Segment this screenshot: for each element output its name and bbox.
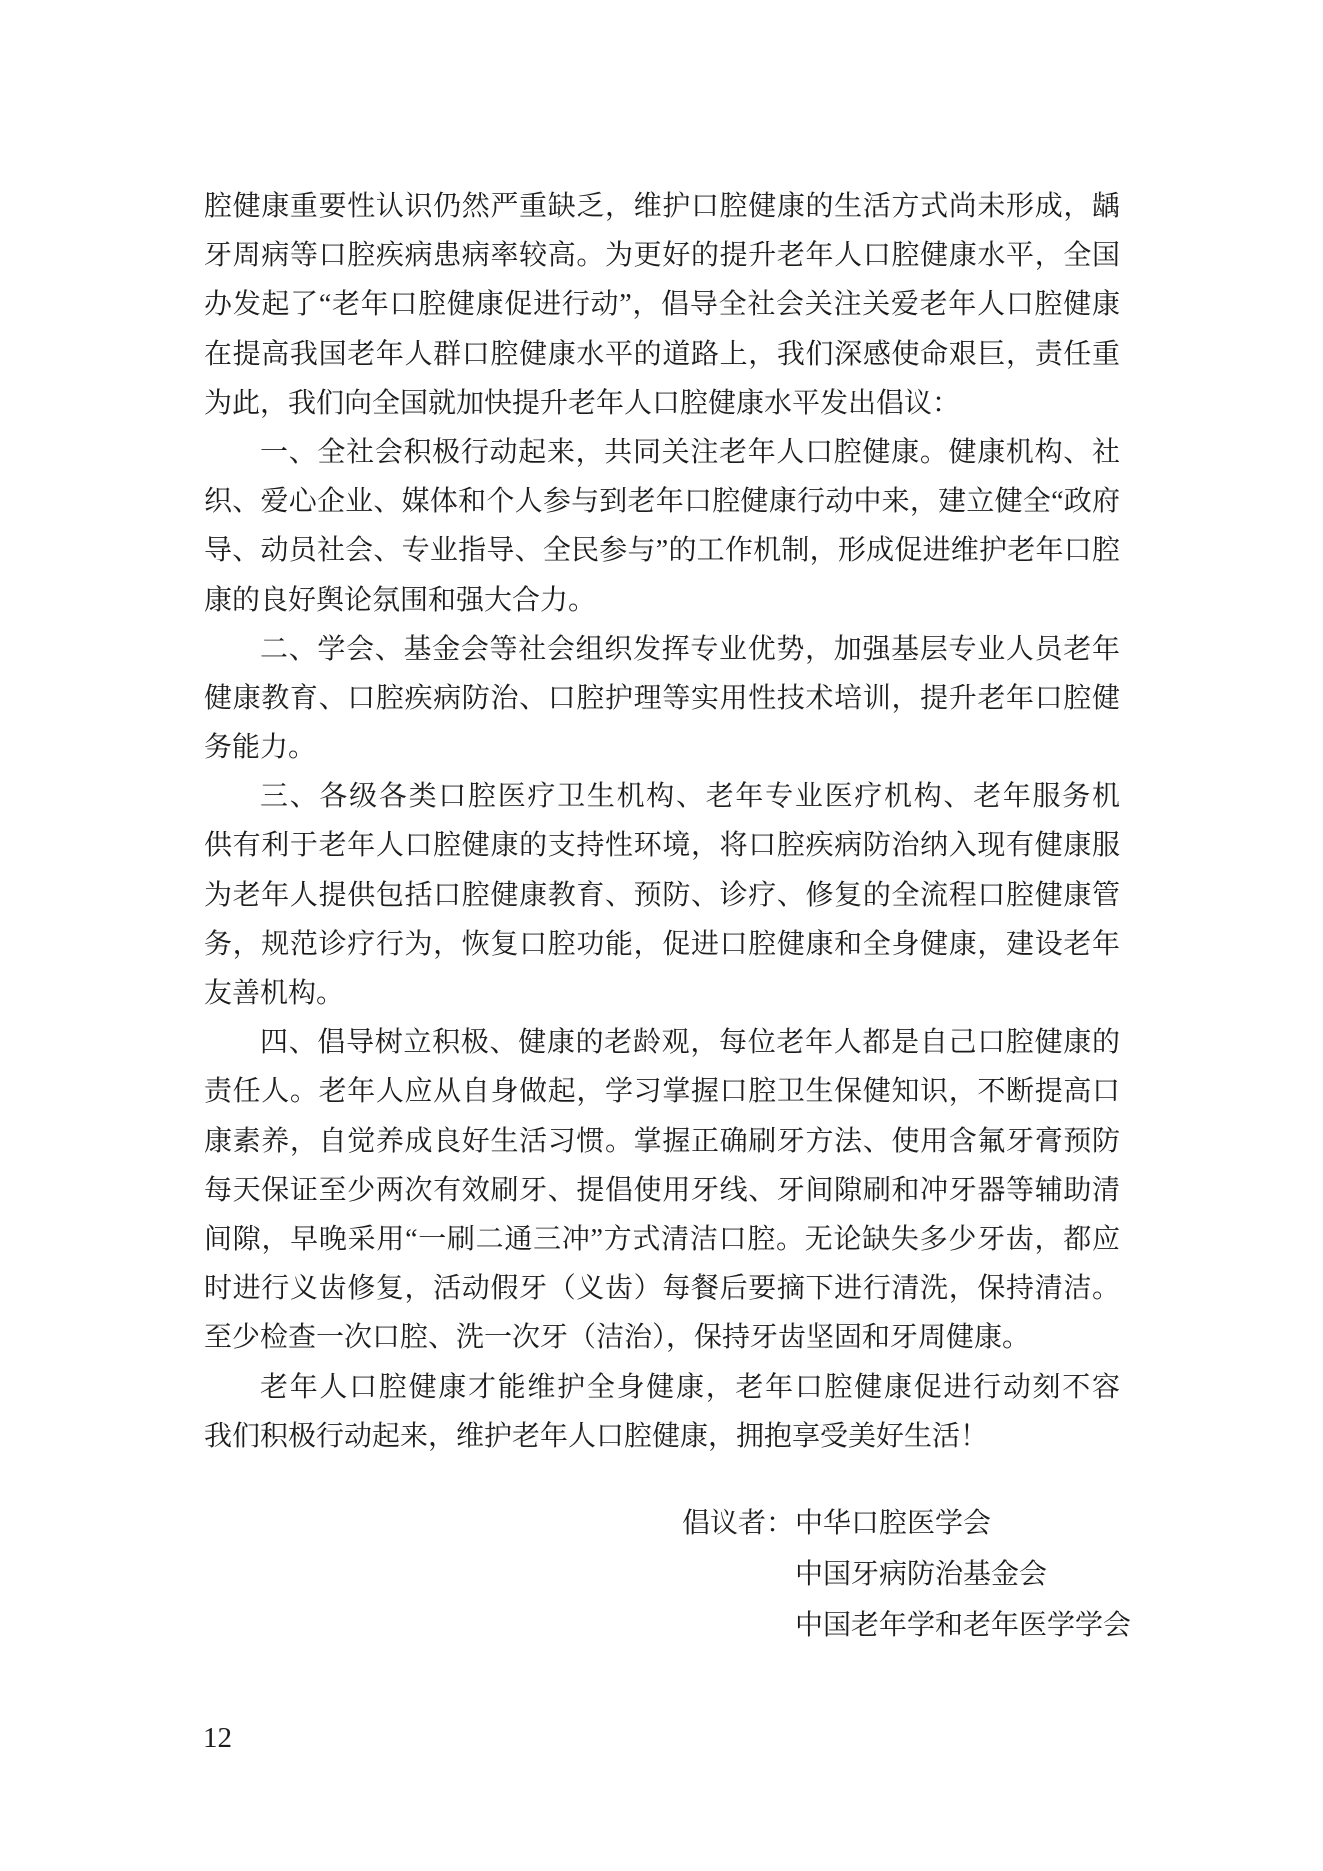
body-line: 为此，我们向全国就加快提升老年人口腔健康水平发出倡议： xyxy=(204,379,1120,428)
signature-block: 倡议者：中华口腔医学会 中国牙病防治基金会 中国老年学和老年医学学会 xyxy=(682,1498,1131,1651)
body-line: 友善机构。 xyxy=(204,969,1120,1018)
page-number: 12 xyxy=(203,1718,232,1758)
body-line: 为老年人提供包括口腔健康教育、预防、诊疗、修复的全流程口腔健康管理服 xyxy=(204,871,1120,920)
body-line: 康的良好舆论氛围和强大合力。 xyxy=(204,576,1120,625)
body-line: 办发起了“老年口腔健康促进行动”，倡导全社会关注关爱老年人口腔健康问题。 xyxy=(204,280,1120,329)
organization-name: 中国牙病防治基金会 xyxy=(795,1559,1047,1590)
body-line: 供有利于老年人口腔健康的支持性环境，将口腔疾病防治纳入现有健康服务， xyxy=(204,821,1120,870)
body-line: 务，规范诊疗行为，恢复口腔功能，促进口腔健康和全身健康，建设老年口腔 xyxy=(204,920,1120,969)
document-page: 腔健康重要性认识仍然严重缺乏，维护口腔健康的生活方式尚未形成，龋病、 牙周病等口… xyxy=(0,0,1323,1871)
body-line: 我们积极行动起来，维护老年人口腔健康，拥抱享受美好生活！ xyxy=(204,1412,1120,1461)
signature-line: 倡议者：中华口腔医学会 xyxy=(682,1498,1131,1549)
body-line: 老年人口腔健康才能维护全身健康，老年口腔健康促进行动刻不容缓！让 xyxy=(204,1363,1120,1412)
body-line: 织、爱心企业、媒体和个人参与到老年口腔健康行动中来，建立健全“政府主 xyxy=(204,477,1120,526)
body-line: 健康教育、口腔疾病防治、口腔护理等实用性技术培训，提升老年口腔健康服 xyxy=(204,674,1120,723)
signature-line: 中国老年学和老年医学学会 xyxy=(682,1600,1131,1651)
body-line: 间隙，早晚采用“一刷二通三冲”方式清洁口腔。无论缺失多少牙齿，都应及 xyxy=(204,1215,1120,1264)
proposer-label: 倡议者： xyxy=(682,1498,795,1549)
body-line: 导、动员社会、专业指导、全民参与”的工作机制，形成促进维护老年口腔健 xyxy=(204,526,1120,575)
body-line: 腔健康重要性认识仍然严重缺乏，维护口腔健康的生活方式尚未形成，龋病、 xyxy=(204,182,1120,231)
body-line: 在提高我国老年人群口腔健康水平的道路上，我们深感使命艰巨，责任重大。 xyxy=(204,330,1120,379)
body-line: 时进行义齿修复，活动假牙（义齿）每餐后要摘下进行清洗，保持清洁。每年 xyxy=(204,1264,1120,1313)
organization-name: 中华口腔医学会 xyxy=(795,1508,991,1539)
signature-line: 中国牙病防治基金会 xyxy=(682,1549,1131,1600)
body-line: 一、全社会积极行动起来，共同关注老年人口腔健康。健康机构、社会组 xyxy=(204,428,1120,477)
body-line: 二、学会、基金会等社会组织发挥专业优势，加强基层专业人员老年口腔 xyxy=(204,625,1120,674)
body-line: 责任人。老年人应从自身做起，学习掌握口腔卫生保健知识，不断提高口腔健 xyxy=(204,1067,1120,1116)
body-line: 至少检查一次口腔、洗一次牙（洁治），保持牙齿坚固和牙周健康。 xyxy=(204,1313,1120,1362)
body-line: 每天保证至少两次有效刷牙、提倡使用牙线、牙间隙刷和冲牙器等辅助清洁牙 xyxy=(204,1166,1120,1215)
body-line: 四、倡导树立积极、健康的老龄观，每位老年人都是自己口腔健康的第一 xyxy=(204,1018,1120,1067)
body-line: 务能力。 xyxy=(204,723,1120,772)
body-line: 康素养，自觉养成良好生活习惯。掌握正确刷牙方法、使用含氟牙膏预防龋齿。 xyxy=(204,1117,1120,1166)
body-line: 三、各级各类口腔医疗卫生机构、老年专业医疗机构、老年服务机构，提 xyxy=(204,772,1120,821)
body-line: 牙周病等口腔疾病患病率较高。为更好的提升老年人口腔健康水平，全国老龄 xyxy=(204,231,1120,280)
organization-name: 中国老年学和老年医学学会 xyxy=(795,1610,1131,1641)
body-text: 腔健康重要性认识仍然严重缺乏，维护口腔健康的生活方式尚未形成，龋病、 牙周病等口… xyxy=(204,182,1120,1461)
